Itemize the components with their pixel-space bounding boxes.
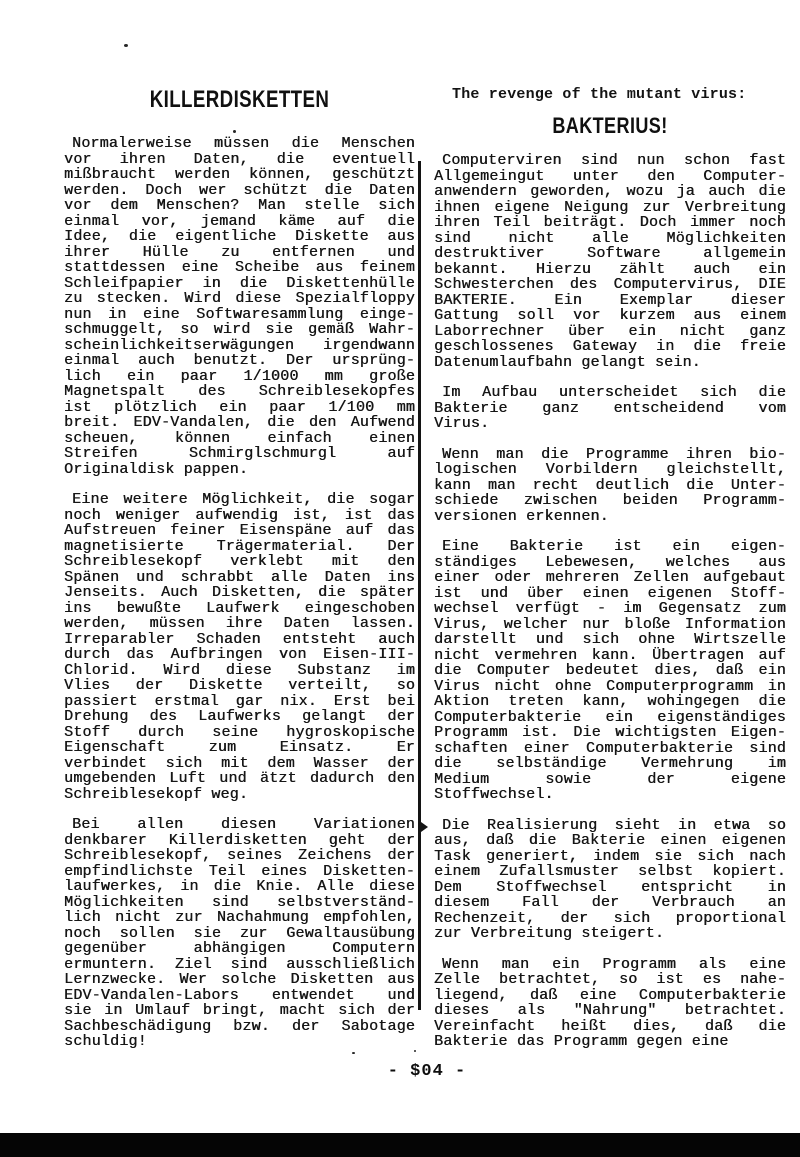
text-line: noch sollen sie zur Gewaltausübung	[64, 926, 415, 942]
text-line: geschlossenes Gateway in die freie	[434, 339, 786, 355]
scan-speck	[414, 1050, 416, 1052]
text-line: aus, daß die Bakterie einen eigenen	[434, 833, 786, 849]
text-line: laufwerkes, in die Knie. Alle diese	[64, 879, 415, 895]
paragraph: Wenn man die Programme ihren bio-logisch…	[434, 447, 786, 525]
text-line: EDV-Vandalen-Labors entwendet und	[64, 988, 415, 1004]
text-line: Die Realisierung sieht in etwa so	[434, 818, 786, 834]
scan-edge-bar	[0, 1133, 800, 1157]
text-line: Sachbeschädigung bzw. der Sabotage	[64, 1019, 415, 1035]
text-line: zu stecken. Wird diese Spezialfloppy	[64, 291, 415, 307]
text-line: Jenseits. Auch Disketten, die später	[64, 585, 415, 601]
text-line: Eigenschaft zum Einsatz. Er	[64, 740, 415, 756]
text-line: gegenüber abhängigen Computern	[64, 941, 415, 957]
text-line: Schreiblesekopf, seines Zeichens der	[64, 848, 415, 864]
article-title-bakterius: BAKTERIUS!	[466, 113, 755, 139]
text-line: BAKTERIE. Ein Exemplar dieser	[434, 293, 786, 309]
text-line: Virus, welcher nur bloße Information	[434, 617, 786, 633]
text-line: einmal auch benutzt. Der ursprüng-	[64, 353, 415, 369]
text-line: Spänen und schrabbt alle Daten ins	[64, 570, 415, 586]
text-line: sie in Umlauf bringt, macht sich der	[64, 1003, 415, 1019]
article-title-killerdisketten: KILLERDISKETTEN	[103, 86, 377, 114]
text-line: ins bewußte Laufwerk eingeschoben	[64, 601, 415, 617]
text-line: darstellt und sich ohne Wirtszelle	[434, 632, 786, 648]
text-line: ist plötzlich ein paar 1/100 mm	[64, 400, 415, 416]
text-line: Streifen Schmirglschmurgl auf	[64, 446, 415, 462]
text-line: Drehung des Laufwerks gelangt der	[64, 709, 415, 725]
text-line: Computerviren sind nun schon fast	[434, 153, 786, 169]
text-line: Stoffwechsel.	[434, 787, 786, 803]
text-line: schuldig!	[64, 1034, 415, 1050]
text-line: Virus.	[434, 416, 786, 432]
text-line: schmuggelt, so wird sie gemäß Wahr-	[64, 322, 415, 338]
scan-speck	[124, 44, 128, 47]
text-line: Medium sowie der eigene	[434, 772, 786, 788]
text-line: Chlorid. Wird diese Substanz im	[64, 663, 415, 679]
divider-scan-blemish	[421, 822, 428, 832]
magazine-page: KILLERDISKETTEN Normalerweise müssen die…	[0, 0, 800, 1157]
paragraph: Eine weitere Möglichkeit, die sogarnoch …	[64, 492, 415, 802]
text-line: breit. EDV-Vandalen, die den Aufwend	[64, 415, 415, 431]
text-line: Vlies der Diskette verteilt, so	[64, 678, 415, 694]
text-line: dieses als "Nahrung" betrachtet.	[434, 1003, 786, 1019]
text-line: die selbständige Vermehrung im	[434, 756, 786, 772]
text-line: destruktiver Software allgemein	[434, 246, 786, 262]
text-line: vor ihren Daten, die eventuell	[64, 152, 415, 168]
text-line: noch weniger aufwendig ist, ist das	[64, 508, 415, 524]
text-line: Im Aufbau unterscheidet sich die	[434, 385, 786, 401]
scan-speck	[233, 130, 236, 133]
text-line: denkbarer Killerdisketten geht der	[64, 833, 415, 849]
paragraph: Normalerweise müssen die Menschenvor ihr…	[64, 136, 415, 477]
text-line: sind nicht alle Möglichkeiten	[434, 231, 786, 247]
left-column: KILLERDISKETTEN Normalerweise müssen die…	[64, 86, 415, 1065]
text-line: Bei allen diesen Variationen	[64, 817, 415, 833]
text-line: versionen erkennen.	[434, 509, 786, 525]
text-line: mißbraucht werden können, geschützt	[64, 167, 415, 183]
text-line: zur Verbreitung steigert.	[434, 926, 786, 942]
text-line: nicht vermehren kann. Übertragen auf	[434, 648, 786, 664]
text-line: werden. Doch wer schützt die Daten	[64, 183, 415, 199]
text-line: ihren Teil beiträgt. Doch immer noch	[434, 215, 786, 231]
text-line: Wenn man ein Programm als eine	[434, 957, 786, 973]
text-line: lich ein paar 1/1000 mm große	[64, 369, 415, 385]
text-line: kann man recht deutlich die Unter-	[434, 478, 786, 494]
column-divider-line	[418, 161, 421, 1010]
article-kicker: The revenge of the mutant virus:	[434, 86, 786, 103]
text-line: ihrer Hülle zu entfernen und	[64, 245, 415, 261]
text-line: Magnetspalt des Schreiblesekopfes	[64, 384, 415, 400]
text-line: umgebenden Luft und ätzt dadurch den	[64, 771, 415, 787]
article-body-bakterius: Computerviren sind nun schon fastAllgeme…	[434, 153, 786, 1050]
text-line: einmal vor, jemand käme auf die	[64, 214, 415, 230]
text-line: Computerbakterie ein eigenständiges	[434, 710, 786, 726]
text-line: Aufstreuen feiner Eisenspäne auf das	[64, 523, 415, 539]
text-line: liegend, daß eine Computerbakterie	[434, 988, 786, 1004]
paragraph: Die Realisierung sieht in etwa soaus, da…	[434, 818, 786, 942]
text-line: Schleifpapier in die Diskettenhülle	[64, 276, 415, 292]
text-line: durch das Aufbringen von Eisen-III-	[64, 647, 415, 663]
text-line: Irreparabler Schaden entsteht auch	[64, 632, 415, 648]
text-line: werden, müssen ihre Daten lassen.	[64, 616, 415, 632]
text-line: Schreiblesekopf weg.	[64, 787, 415, 803]
text-line: Datenumlaufbahn gelangt sein.	[434, 355, 786, 371]
text-line: Rechenzeit, der sich proportional	[434, 911, 786, 927]
text-line: Gattung soll vor kurzem aus einem	[434, 308, 786, 324]
text-line: stattdessen eine Scheibe aus feinem	[64, 260, 415, 276]
text-line: Laborrechner über ein nicht ganz	[434, 324, 786, 340]
text-line: Dem Stoffwechsel entspricht in	[434, 880, 786, 896]
text-line: Aktion treten kann, wohingegen die	[434, 694, 786, 710]
paragraph: Computerviren sind nun schon fastAllgeme…	[434, 153, 786, 370]
text-line: scheinlichkeitserwägungen irgendwann	[64, 338, 415, 354]
text-line: Eine weitere Möglichkeit, die sogar	[64, 492, 415, 508]
scan-speck	[352, 1052, 355, 1054]
text-line: vor dem Menschen? Man stelle sich	[64, 198, 415, 214]
text-line: einer oder mehreren Zellen aufgebaut	[434, 570, 786, 586]
text-line: Lernzwecke. Wer solche Disketten aus	[64, 972, 415, 988]
paragraph: Bei allen diesen Variationendenkbarer Ki…	[64, 817, 415, 1050]
text-line: empfindlichste Teil eines Disketten-	[64, 864, 415, 880]
text-line: Zelle betrachtet, so ist es nahe-	[434, 972, 786, 988]
article-body-killerdisketten: Normalerweise müssen die Menschenvor ihr…	[64, 136, 415, 1050]
text-line: ständiges Lebewesen, welches aus	[434, 555, 786, 571]
text-line: Stoff durch seine hygroskopische	[64, 725, 415, 741]
text-line: Schreiblesekopf verklebt mit den	[64, 554, 415, 570]
text-line: Wenn man die Programme ihren bio-	[434, 447, 786, 463]
text-line: verbindet sich mit dem Wasser der	[64, 756, 415, 772]
text-line: bekannt. Hierzu zählt auch ein	[434, 262, 786, 278]
text-line: Normalerweise müssen die Menschen	[64, 136, 415, 152]
text-line: einem Zufallsmuster selbst kopiert.	[434, 864, 786, 880]
text-line: Programm ist. Die wichtigsten Eigen-	[434, 725, 786, 741]
text-line: passiert erstmal gar nix. Erst bei	[64, 694, 415, 710]
text-line: Originaldisk pappen.	[64, 462, 415, 478]
text-line: nun in eine Softwaresammlung einge-	[64, 307, 415, 323]
text-line: lich nicht zur Nachahmung empfohlen,	[64, 910, 415, 926]
paragraph: Im Aufbau unterscheidet sich dieBakterie…	[434, 385, 786, 432]
text-line: Eine Bakterie ist ein eigen-	[434, 539, 786, 555]
text-line: scheuen, können einfach einen	[64, 431, 415, 447]
text-line: ist und über einen eigenen Stoff-	[434, 586, 786, 602]
text-line: Virus nicht ohne Computerprogramm in	[434, 679, 786, 695]
text-line: Idee, die eigentliche Diskette aus	[64, 229, 415, 245]
text-line: wechsel verfügt - im Gegensatz zum	[434, 601, 786, 617]
page-number: - $04 -	[0, 1062, 800, 1081]
text-line: Allgemeingut unter den Computer-	[434, 169, 786, 185]
text-line: Möglichkeiten sind selbstverständ-	[64, 895, 415, 911]
text-line: ermuntern. Ziel sind ausschließlich	[64, 957, 415, 973]
text-line: logischen Vorbildern gleichstellt,	[434, 462, 786, 478]
text-line: schiede zwischen beiden Programm-	[434, 493, 786, 509]
text-line: magnetisierte Trägermaterial. Der	[64, 539, 415, 555]
text-line: schaften einer Computerbakterie sind	[434, 741, 786, 757]
text-line: Bakterie ganz entscheidend vom	[434, 401, 786, 417]
text-line: Schwesterchen des Computervirus, DIE	[434, 277, 786, 293]
right-column: The revenge of the mutant virus: BAKTERI…	[434, 86, 786, 1065]
paragraph: Eine Bakterie ist ein eigen-ständiges Le…	[434, 539, 786, 803]
text-line: anwendern geworden, wozu ja auch die	[434, 184, 786, 200]
text-line: diesem Fall der Verbrauch an	[434, 895, 786, 911]
text-line: ihnen eigene Neigung zur Verbreitung	[434, 200, 786, 216]
text-line: Bakterie das Programm gegen eine	[434, 1034, 786, 1050]
text-line: die Computer bedeutet dies, daß ein	[434, 663, 786, 679]
paragraph: Wenn man ein Programm als eineZelle betr…	[434, 957, 786, 1050]
text-line: Vereinfacht heißt dies, daß die	[434, 1019, 786, 1035]
text-line: Task generiert, indem sie sich nach	[434, 849, 786, 865]
